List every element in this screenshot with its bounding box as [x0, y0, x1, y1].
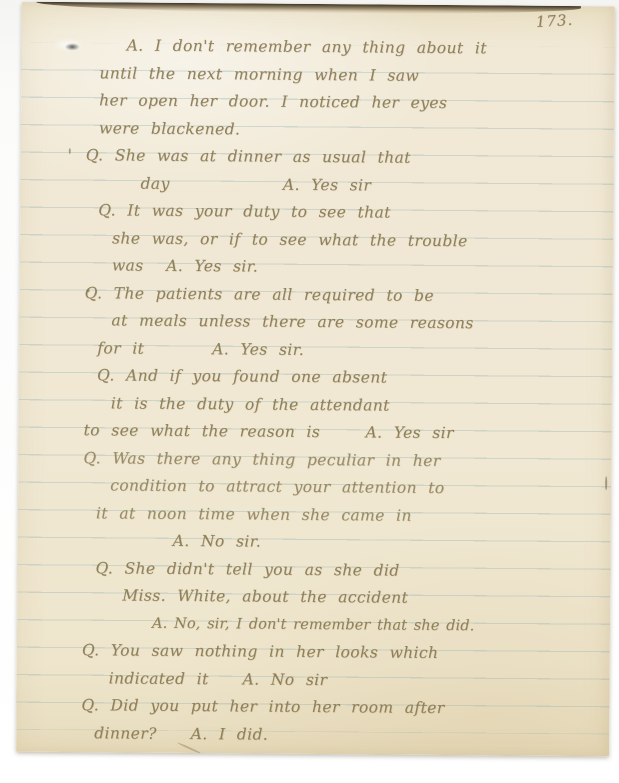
- manuscript-line: A. I don't remember any thing about it: [126, 33, 608, 64]
- manuscript-line: for it A. Yes sir.: [97, 335, 606, 366]
- manuscript-line: indicated it A. No sir: [109, 665, 604, 696]
- manuscript-line: Q. She didn't tell you as she did: [95, 555, 604, 586]
- manuscript-line: Q. She was at dinner as usual that: [86, 142, 608, 174]
- manuscript-line: A. No, sir, I don't remember that she di…: [152, 610, 604, 641]
- manuscript-line: was A. Yes sir.: [112, 252, 607, 283]
- manuscript-line: day A. Yes sir: [140, 170, 607, 201]
- manuscript-line: Miss. White, about the accident: [122, 582, 604, 613]
- manuscript-line: her open her door. I noticed her eyes: [99, 87, 608, 118]
- manuscript-line: Q. Was there any thing peculiar in her: [83, 445, 605, 477]
- manuscript-line: dinner? A. I did.: [94, 720, 603, 751]
- page-top-edge-shadow: [36, 2, 581, 15]
- manuscript-line: Q. And if you found one absent: [97, 362, 606, 393]
- manuscript-line: at meals unless there are some reasons: [111, 307, 606, 338]
- manuscript-line: it at noon time when she came in: [96, 500, 605, 531]
- manuscript-line: to see what the reason is A. Yes sir: [83, 417, 605, 449]
- manuscript-line: Q. You saw nothing in her looks which: [82, 637, 604, 669]
- page-number: 173.: [535, 11, 573, 31]
- manuscript-paper: 173. A. I don't remember any thing about…: [16, 2, 615, 757]
- scanned-page-background: 173. A. I don't remember any thing about…: [0, 0, 619, 783]
- manuscript-line: until the next morning when I saw: [99, 60, 608, 91]
- manuscript-line: Q. It was your duty to see that: [98, 197, 607, 228]
- manuscript-text: A. I don't remember any thing about it u…: [56, 32, 609, 751]
- manuscript-line: were blackened.: [99, 115, 608, 146]
- manuscript-line: Q. The patients are all required to be: [85, 280, 607, 312]
- manuscript-line: Q. Did you put her into her room after: [81, 692, 603, 724]
- manuscript-line: condition to attract your attention to: [110, 472, 605, 503]
- manuscript-line: it is the duty of the attendant: [111, 390, 606, 421]
- manuscript-line: she was, or if to see what the trouble: [112, 225, 607, 256]
- manuscript-line: A. No sir.: [173, 528, 605, 559]
